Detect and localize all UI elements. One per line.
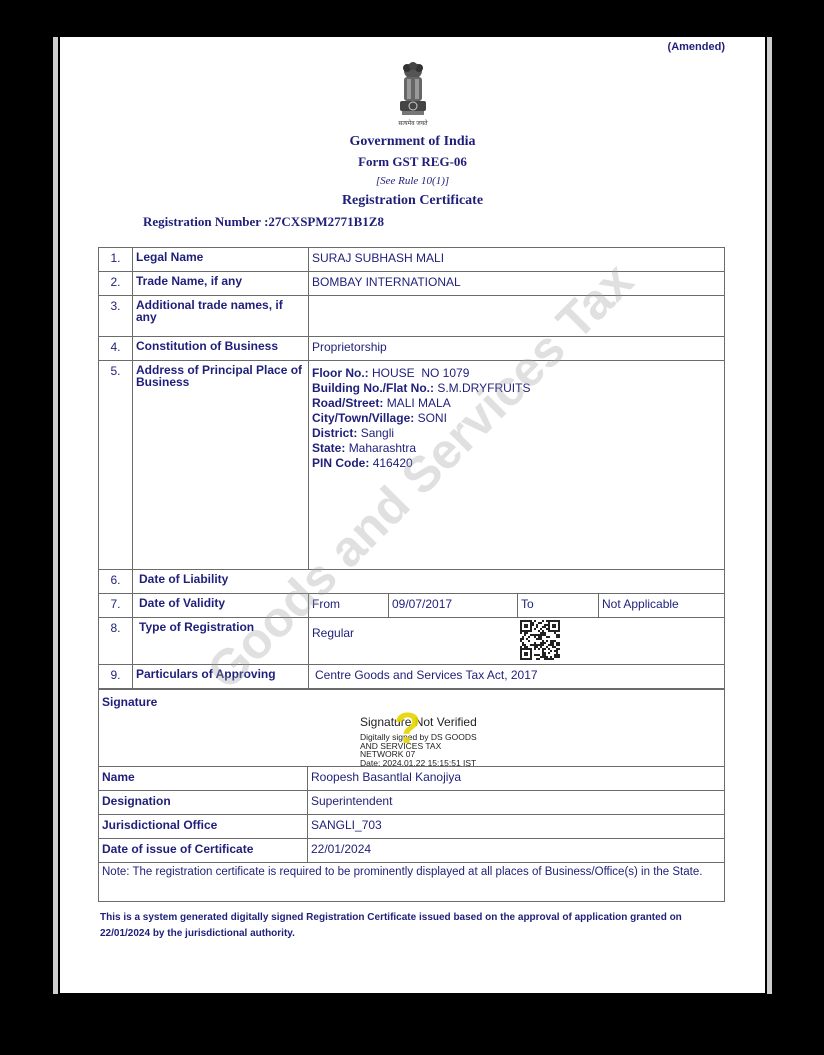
page-edge-left	[53, 37, 58, 994]
issue-date-value: 22/01/2024	[308, 839, 725, 863]
amended-label: (Amended)	[668, 41, 725, 53]
question-mark-icon: ?	[394, 707, 421, 751]
constitution-value: Proprietorship	[309, 337, 725, 361]
table-row: 1. Legal Name SURAJ SUBHASH MALI	[99, 248, 725, 272]
table-row: 4. Constitution of Business Proprietorsh…	[99, 337, 725, 361]
jurisdictional-office-label: Jurisdictional Office	[99, 815, 308, 839]
table-row: Date of issue of Certificate 22/01/2024	[99, 839, 725, 863]
address-district: District: Sangli	[312, 426, 721, 441]
rule-reference: [See Rule 10(1)]	[60, 175, 765, 187]
display-note: Note: The registration certificate is re…	[99, 863, 725, 902]
row-label: Constitution of Business	[133, 337, 309, 361]
designation-value: Superintendent	[308, 791, 725, 815]
row-number: 1.	[99, 248, 133, 272]
svg-text:सत्यमेव जयते: सत्यमेव जयते	[398, 119, 428, 127]
additional-trade-names-value	[309, 296, 725, 337]
row-label: Trade Name, if any	[133, 272, 309, 296]
registration-number: Registration Number :27CXSPM2771B1Z8	[143, 214, 384, 230]
row-label: Particulars of Approving	[133, 665, 309, 689]
page-edge-right	[767, 37, 772, 994]
address-state: State: Maharashtra	[312, 441, 721, 456]
row-label: Additional trade names, if any	[133, 296, 309, 337]
table-row: 5. Address of Principal Place of Busines…	[99, 361, 725, 570]
row-label: Address of Principal Place of Business	[133, 361, 309, 570]
registration-type-value: Regular	[312, 626, 354, 640]
signature-table: Signature Signature Not Verified Digital…	[98, 689, 725, 902]
certificate-title: Registration Certificate	[60, 193, 765, 209]
row-label: Type of Registration	[133, 618, 309, 665]
table-row: 8. Type of Registration Regular	[99, 618, 725, 665]
approving-act-value: Centre Goods and Services Tax Act, 2017	[309, 665, 725, 689]
row-number: 7.	[99, 594, 133, 618]
issue-date-label: Date of issue of Certificate	[99, 839, 308, 863]
row-number: 6.	[99, 570, 133, 594]
signature-label: Signature	[102, 695, 157, 709]
validity-to-date: Not Applicable	[599, 594, 725, 618]
address-floor: Floor No.: HOUSE NO 1079	[312, 366, 721, 381]
row-number: 5.	[99, 361, 133, 570]
table-row: Name Roopesh Basantlal Kanojiya	[99, 767, 725, 791]
form-heading: Form GST REG-06	[60, 154, 765, 170]
national-emblem-icon: सत्यमेव जयते	[390, 59, 436, 139]
registration-details-table: 1. Legal Name SURAJ SUBHASH MALI 2. Trad…	[98, 247, 725, 689]
address-value: Floor No.: HOUSE NO 1079 Building No./Fl…	[309, 361, 725, 570]
jurisdictional-office-value: SANGLI_703	[308, 815, 725, 839]
system-generated-footer: This is a system generated digitally sig…	[100, 910, 730, 942]
row-label: Date of Validity	[133, 594, 309, 618]
table-row: 7. Date of Validity From 09/07/2017 To N…	[99, 594, 725, 618]
table-row: 9. Particulars of Approving Centre Goods…	[99, 665, 725, 689]
table-row: 6. Date of Liability	[99, 570, 725, 594]
row-label: Legal Name	[133, 248, 309, 272]
table-row: Jurisdictional Office SANGLI_703	[99, 815, 725, 839]
legal-name-value: SURAJ SUBHASH MALI	[309, 248, 725, 272]
row-number: 9.	[99, 665, 133, 689]
row-number: 4.	[99, 337, 133, 361]
validity-to-label: To	[518, 594, 599, 618]
certificate-page: (Amended) सत्यमेव जयते Government of Ind…	[60, 37, 765, 993]
registration-number-value: 27CXSPM2771B1Z8	[268, 214, 384, 229]
signature-cell: Signature Signature Not Verified Digital…	[99, 690, 725, 767]
designation-label: Designation	[99, 791, 308, 815]
table-row: 2. Trade Name, if any BOMBAY INTERNATION…	[99, 272, 725, 296]
address-city: City/Town/Village: SONI	[312, 411, 721, 426]
note-row: Note: The registration certificate is re…	[99, 863, 725, 902]
registration-type-cell: Regular	[309, 618, 725, 665]
address-pin: PIN Code: 416420	[312, 456, 721, 471]
address-building: Building No./Flat No.: S.M.DRYFRUITS	[312, 381, 721, 396]
officer-name-label: Name	[99, 767, 308, 791]
row-number: 3.	[99, 296, 133, 337]
registration-number-label: Registration Number :	[143, 214, 268, 229]
table-row: 3. Additional trade names, if any	[99, 296, 725, 337]
qr-code-icon[interactable]	[520, 620, 560, 660]
validity-from-date: 09/07/2017	[389, 594, 518, 618]
row-number: 2.	[99, 272, 133, 296]
row-number: 8.	[99, 618, 133, 665]
government-heading: Government of India	[60, 134, 765, 150]
signature-date: Date: 2024.01.22 15:15:51 IST	[360, 759, 477, 768]
address-road: Road/Street: MALI MALA	[312, 396, 721, 411]
row-label: Date of Liability	[133, 570, 725, 594]
validity-from-label: From	[309, 594, 389, 618]
signature-row: Signature Signature Not Verified Digital…	[99, 690, 725, 767]
table-row: Designation Superintendent	[99, 791, 725, 815]
officer-name-value: Roopesh Basantlal Kanojiya	[308, 767, 725, 791]
trade-name-value: BOMBAY INTERNATIONAL	[309, 272, 725, 296]
